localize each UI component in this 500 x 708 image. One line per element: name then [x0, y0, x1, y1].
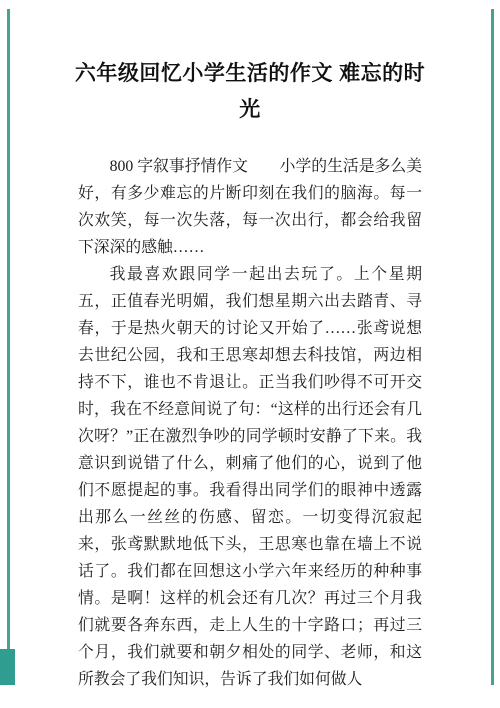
right-edge-accent-line — [491, 9, 494, 685]
essay-paragraph-1: 800 字叙事抒情作文 小学的生活是多么美好，有多少难忘的片断印刻在我们的脑海。… — [78, 153, 422, 261]
left-edge-accent-line — [7, 9, 10, 649]
essay-title: 六年级回忆小学生活的作文 难忘的时光 — [74, 56, 426, 128]
document-page: 六年级回忆小学生活的作文 难忘的时光 800 字叙事抒情作文 小学的生活是多么美… — [0, 0, 500, 708]
essay-body: 800 字叙事抒情作文 小学的生活是多么美好，有多少难忘的片断印刻在我们的脑海。… — [78, 153, 422, 693]
essay-paragraph-2: 我最喜欢跟同学一起出去玩了。上个星期五，正值春光明媚，我们想星期六出去踏青、寻春… — [78, 261, 422, 693]
bottom-left-accent-square — [0, 649, 15, 685]
